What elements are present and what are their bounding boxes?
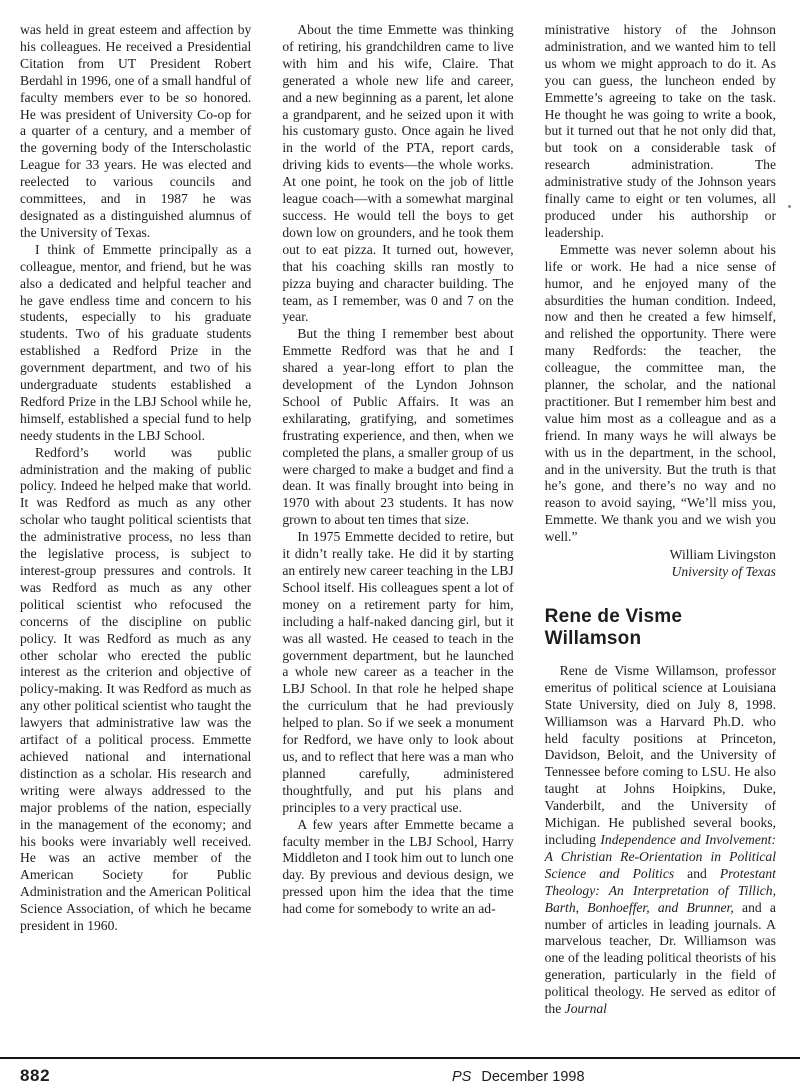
obituary-heading: Rene de Visme Willamson <box>545 606 776 650</box>
paragraph-continuation: ministrative history of the Johnson admi… <box>545 22 776 242</box>
paragraph: In 1975 Emmette decided to retire, but i… <box>282 529 513 816</box>
column-3: ministrative history of the Johnson admi… <box>545 22 776 1060</box>
journal-name: PS <box>452 1069 471 1085</box>
page-number: 882 <box>20 1066 50 1086</box>
paragraph: I think of Emmette principally as a coll… <box>20 242 251 445</box>
bio-text: Rene de Visme Willamson, professor emeri… <box>545 663 776 847</box>
signature-name: William Livingston <box>545 547 776 564</box>
paragraph: But the thing I remember best about Emme… <box>282 326 513 529</box>
paragraph-bio: Rene de Visme Willamson, professor emeri… <box>545 663 776 1018</box>
column-2: About the time Emmette was thinking of r… <box>282 22 513 1060</box>
signature-block: William Livingston University of Texas <box>545 547 776 581</box>
paragraph: A few years after Emmette became a facul… <box>282 817 513 918</box>
issue-date: December 1998 <box>481 1069 584 1085</box>
bio-text: and a number of articles in leading jour… <box>545 900 776 1016</box>
paragraph-continuation: was held in great esteem and affection b… <box>20 22 251 242</box>
print-artifact <box>788 205 791 208</box>
journal-title: Journal <box>565 1001 607 1016</box>
signature-affiliation: University of Texas <box>545 564 776 581</box>
text-columns: was held in great esteem and affection b… <box>20 22 776 1060</box>
footer-rule <box>0 1057 800 1059</box>
journal-page: was held in great esteem and affection b… <box>0 0 800 1092</box>
journal-footer: PSDecember 1998 <box>452 1069 585 1085</box>
paragraph: Emmette was never solemn about his life … <box>545 242 776 546</box>
paragraph: Redford’s world was public administratio… <box>20 445 251 935</box>
column-1: was held in great esteem and affection b… <box>20 22 251 1060</box>
bio-text: and <box>674 866 720 881</box>
paragraph: About the time Emmette was thinking of r… <box>282 22 513 326</box>
